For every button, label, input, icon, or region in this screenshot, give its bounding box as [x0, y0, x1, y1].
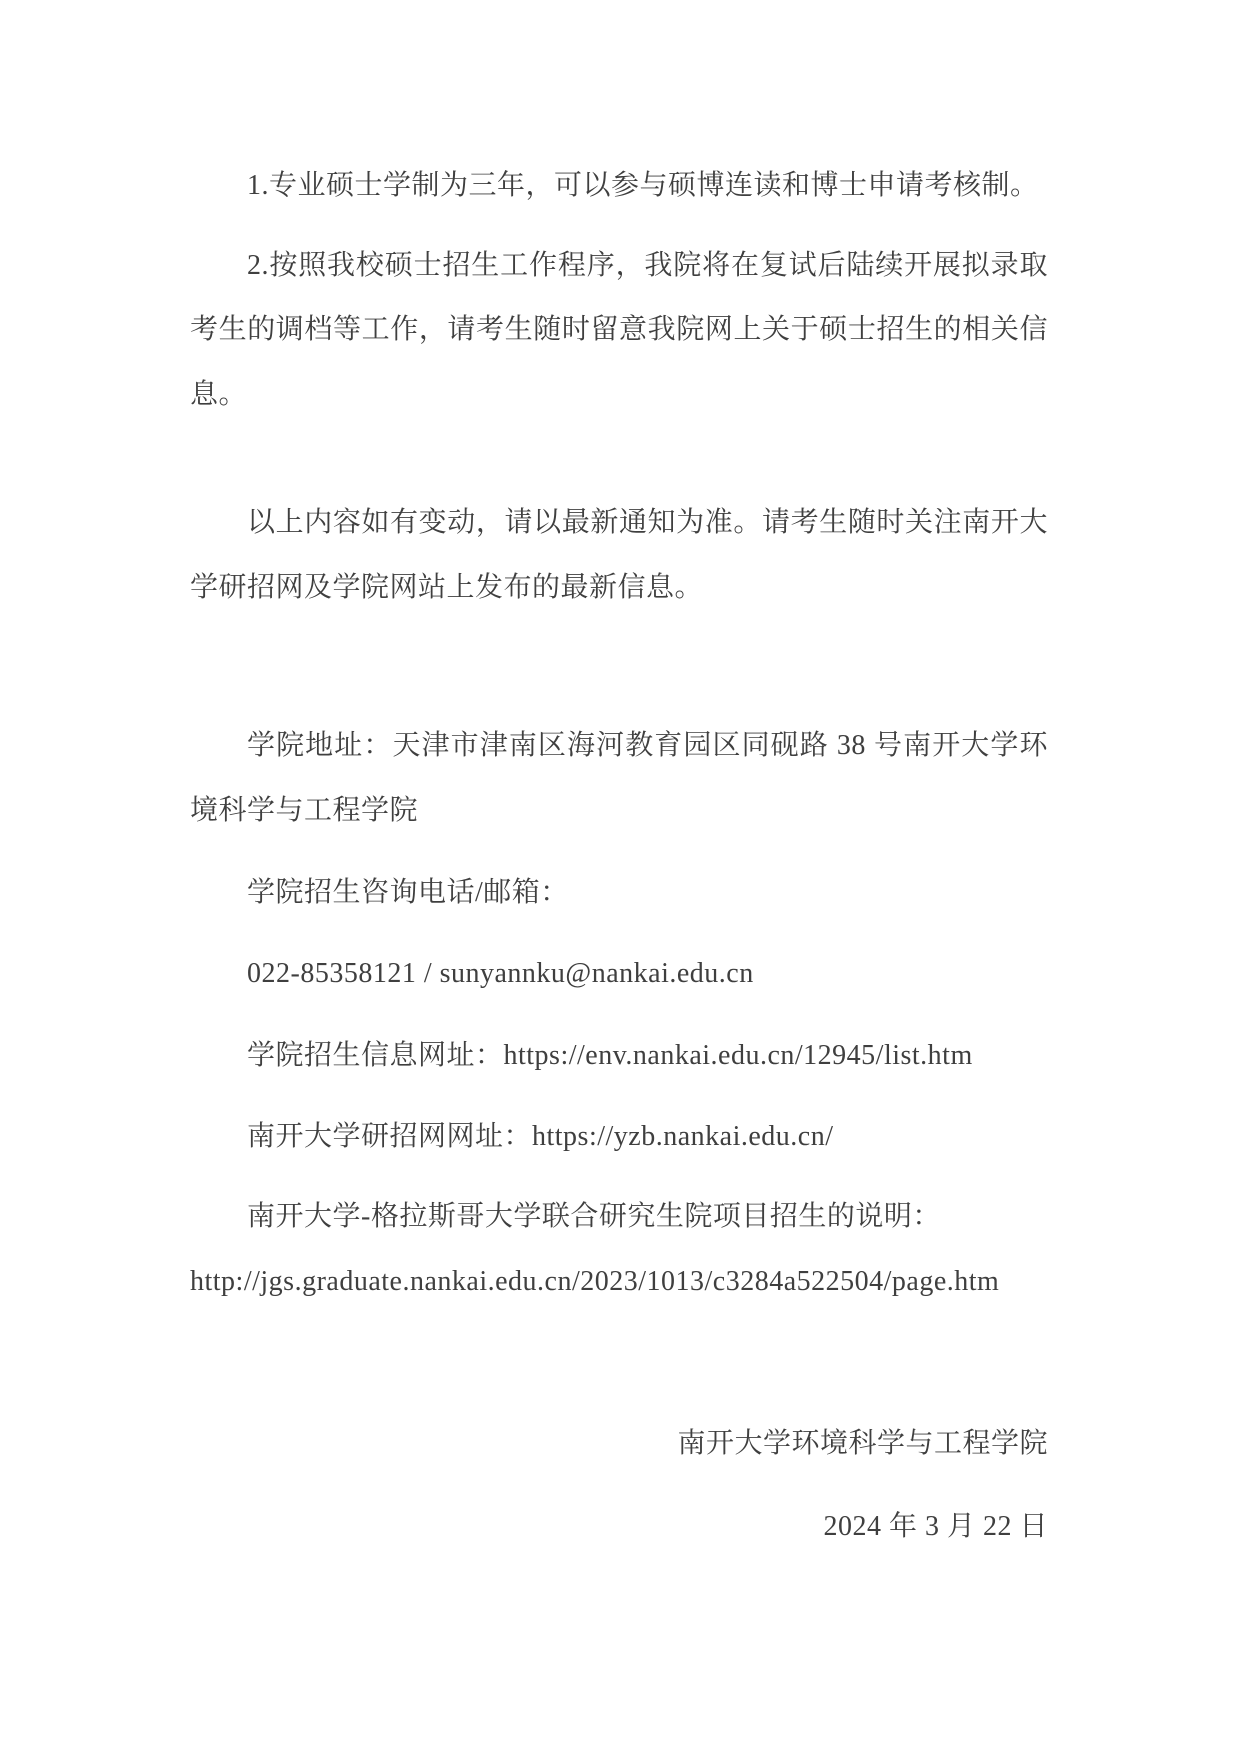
signature-date: 2024 年 3 月 22 日: [190, 1495, 1048, 1560]
paragraph-item-1: 1.专业硕士学制为三年，可以参与硕博连读和博士申请考核制。: [190, 154, 1048, 219]
date-text: 2024 年 3 月 22 日: [190, 1495, 1048, 1560]
change-notice-line-2: 学研招网及学院网站上发布的最新信息。: [190, 556, 1048, 621]
item-2-line-1: 2.按照我校硕士招生工作程序，我院将在复试后陆续开展拟录取: [190, 234, 1048, 299]
paragraph-contact-label: 学院招生咨询电话/邮箱：: [190, 861, 1048, 926]
glasgow-program-url: http://jgs.graduate.nankai.edu.cn/2023/1…: [190, 1250, 1048, 1315]
paragraph-contact-value: 022-85358121 / sunyannku@nankai.edu.cn: [190, 942, 1048, 1007]
contact-phone-email: 022-85358121 / sunyannku@nankai.edu.cn: [190, 942, 1048, 1007]
document-page: 1.专业硕士学制为三年，可以参与硕博连读和博士申请考核制。 2.按照我校硕士招生…: [0, 0, 1240, 1754]
contact-label-text: 学院招生咨询电话/邮箱：: [190, 861, 1048, 926]
glasgow-program-label: 南开大学-格拉斯哥大学联合研究生院项目招生的说明：: [190, 1185, 1048, 1250]
paragraph-college-address: 学院地址：天津市津南区海河教育园区同砚路 38 号南开大学环 境科学与工程学院: [190, 714, 1048, 843]
change-notice-line-1: 以上内容如有变动，请以最新通知为准。请考生随时关注南开大: [190, 491, 1048, 556]
paragraph-admission-info-url: 学院招生信息网址：https://env.nankai.edu.cn/12945…: [190, 1024, 1048, 1089]
signature-text: 南开大学环境科学与工程学院: [190, 1412, 1048, 1477]
paragraph-glasgow-program: 南开大学-格拉斯哥大学联合研究生院项目招生的说明： http://jgs.gra…: [190, 1185, 1048, 1314]
item-2-line-3: 息。: [190, 363, 1048, 428]
college-address-line-1: 学院地址：天津市津南区海河教育园区同砚路 38 号南开大学环: [190, 714, 1048, 779]
admission-info-url-text: 学院招生信息网址：https://env.nankai.edu.cn/12945…: [190, 1024, 1048, 1089]
signature-college-name: 南开大学环境科学与工程学院: [190, 1412, 1048, 1477]
paragraph-item-2: 2.按照我校硕士招生工作程序，我院将在复试后陆续开展拟录取 考生的调档等工作，请…: [190, 234, 1048, 428]
document-content: 1.专业硕士学制为三年，可以参与硕博连读和博士申请考核制。 2.按照我校硕士招生…: [190, 0, 1048, 1559]
item-1-text: 1.专业硕士学制为三年，可以参与硕博连读和博士申请考核制。: [190, 154, 1048, 219]
paragraph-yzb-url: 南开大学研招网网址：https://yzb.nankai.edu.cn/: [190, 1105, 1048, 1170]
paragraph-change-notice: 以上内容如有变动，请以最新通知为准。请考生随时关注南开大 学研招网及学院网站上发…: [190, 491, 1048, 620]
item-2-line-2: 考生的调档等工作，请考生随时留意我院网上关于硕士招生的相关信: [190, 298, 1048, 363]
college-address-line-2: 境科学与工程学院: [190, 779, 1048, 844]
yzb-url-text: 南开大学研招网网址：https://yzb.nankai.edu.cn/: [190, 1105, 1048, 1170]
